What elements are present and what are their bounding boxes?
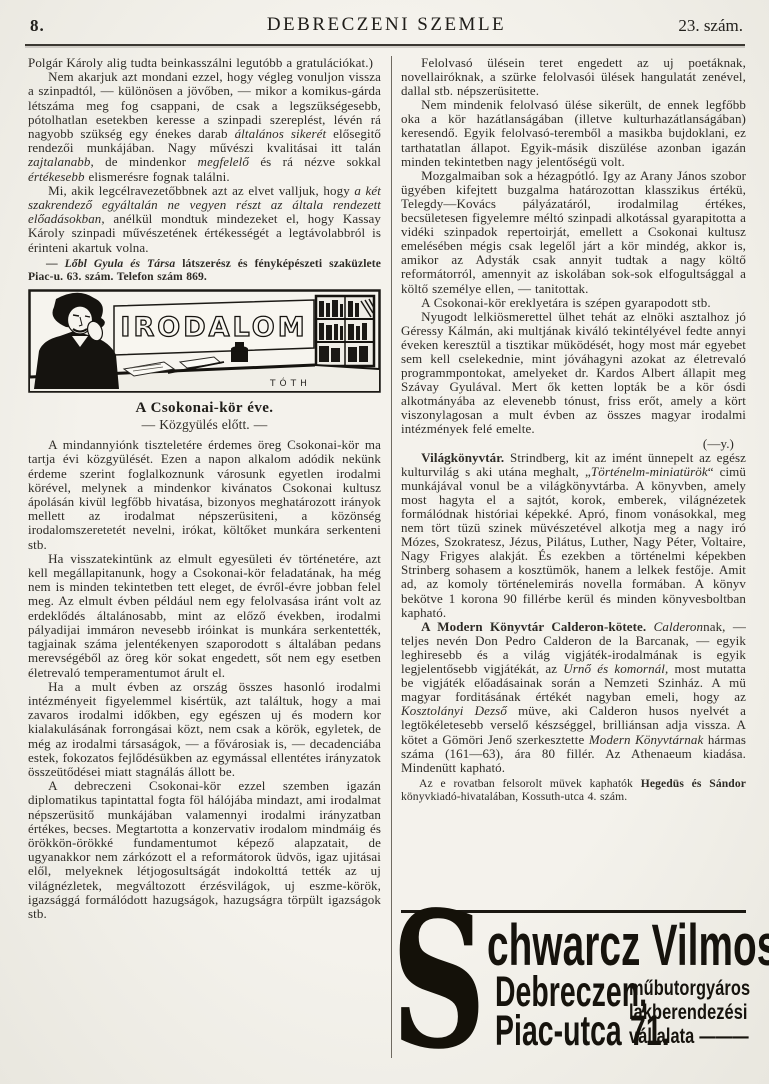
right-column: Felolvasó ülésein teret engedett az uj p… — [401, 56, 746, 1062]
paragraph: Nem mindenik felolvasó ülése sikerült, d… — [401, 98, 746, 168]
bookshelf — [316, 296, 374, 366]
journal-title: DEBRECZENI SZEMLE — [28, 14, 745, 36]
agency-ad-note: — Lőbl Gyula és Társa látszerész és fény… — [28, 257, 381, 283]
paragraph: Mozgalmaiban sok a hézagpótló. Igy az Ar… — [401, 169, 746, 296]
paragraph: Felolvasó ülésein teret engedett az uj p… — [401, 56, 746, 98]
header-rule — [25, 44, 745, 46]
left-column: Polgár Károly alig tudta beinkasszálni l… — [28, 56, 381, 921]
byline: (—y.) — [401, 437, 746, 451]
irodalom-banner-text: IRODALOM — [120, 312, 307, 343]
paragraph: Ha visszatekintünk az elmult egyesületi … — [28, 552, 381, 680]
paragraph: A Modern Könyvtár Calderon-kötete. Calde… — [401, 620, 746, 775]
issue-number: 23. szám. — [678, 16, 743, 36]
newspaper-page: 8. DEBRECZENI SZEMLE 23. szám. Polgár Ká… — [0, 0, 769, 1084]
ad-company-name: chwarcz Vilmos — [487, 917, 769, 975]
article-subtitle: — Közgyülés előtt. — — [28, 418, 381, 432]
page-header: 8. DEBRECZENI SZEMLE 23. szám. — [28, 13, 745, 41]
paragraph: Nyugodt lelkiösmerettel ülhet tehát az e… — [401, 310, 746, 437]
paragraph: A mindannyiónk tiszteletére érdemes öreg… — [28, 438, 381, 552]
ad-description-line: vállalata ——— — [629, 1025, 750, 1049]
irodalom-illustration: IRODALOM — [28, 289, 381, 393]
ad-description-line: lakberendezési — [629, 1001, 750, 1025]
schwarcz-ad: S chwarcz Vilmos Debreczen, Piac-utca 71… — [401, 910, 746, 1062]
ad-description-line: műbutorgyáros — [629, 977, 750, 1001]
article-title: A Csokonai-kör éve. — [28, 401, 381, 415]
paragraph: Polgár Károly alig tudta beinkasszálni l… — [28, 56, 381, 70]
paragraph: Mi, akik legcélravezetőbbnek azt az elve… — [28, 184, 381, 255]
ad-description: műbutorgyáros lakberendezési vállalata —… — [629, 977, 750, 1049]
ad-initial-letter: S — [391, 887, 486, 1074]
books-note: Az e rovatban felsorolt müvek kaphatók H… — [401, 777, 746, 803]
paragraph: Ha a mult évben az ország összes hasonló… — [28, 680, 381, 779]
paragraph: A debreczeni Csokonai-kör ezzel szemben … — [28, 779, 381, 921]
paragraph: Nem akarjuk azt mondani ezzel, hogy végl… — [28, 70, 381, 184]
paragraph: Világkönyvtár. Strindberg, kit az imént … — [401, 451, 746, 620]
artist-signature: TÓTH — [269, 377, 311, 389]
paragraph: A Csokonai-kör ereklyetára is szépen gya… — [401, 296, 746, 310]
